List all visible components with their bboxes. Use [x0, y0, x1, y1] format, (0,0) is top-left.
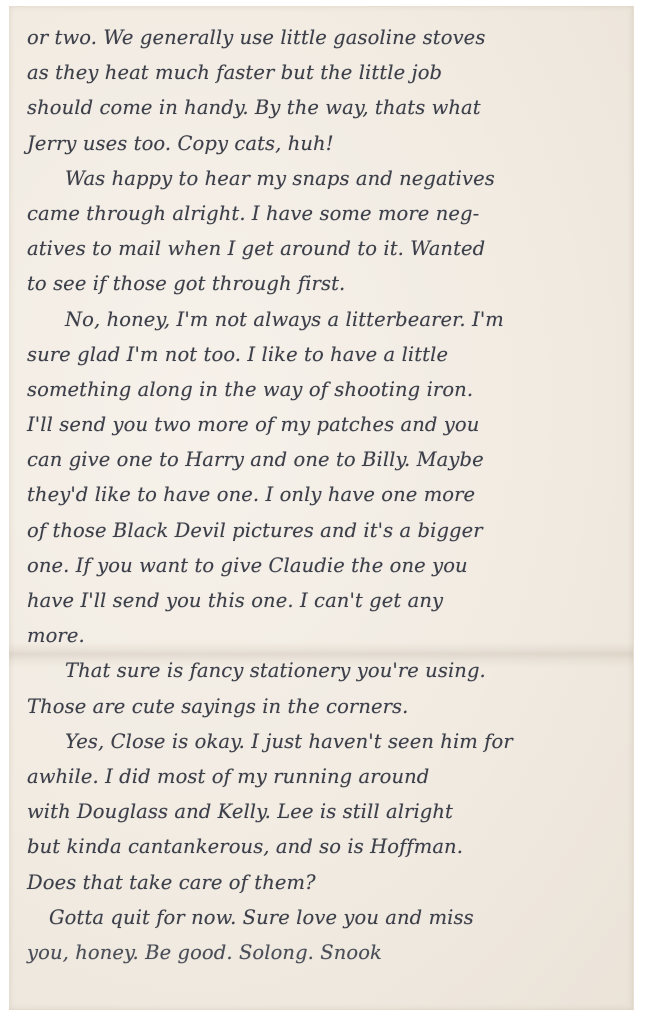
- text-line: came through alright. I have some more n…: [27, 196, 637, 231]
- text-line: as they heat much faster but the little …: [27, 55, 637, 90]
- text-line: but kinda cantankerous, and so is Hoffma…: [27, 829, 637, 864]
- text-line: sure glad I'm not too. I like to have a …: [27, 337, 637, 372]
- paragraph-start-line: That sure is fancy stationery you're usi…: [27, 653, 637, 688]
- text-line: to see if those got through first.: [27, 266, 637, 301]
- signoff-line: you, honey. Be good. Solong. Snook: [27, 935, 637, 970]
- paragraph-start-line: Was happy to hear my snaps and negatives: [27, 161, 637, 196]
- text-line: have I'll send you this one. I can't get…: [27, 583, 637, 618]
- text-line: more.: [27, 618, 637, 653]
- text-line: one. If you want to give Claudie the one…: [27, 548, 637, 583]
- text-line: Jerry uses too. Copy cats, huh!: [27, 126, 637, 161]
- paragraph-start-line: No, honey, I'm not always a litterbearer…: [27, 302, 637, 337]
- letter-page: or two. We generally use little gasoline…: [9, 6, 634, 1010]
- handwritten-text: or two. We generally use little gasoline…: [27, 20, 637, 970]
- text-line: can give one to Harry and one to Billy. …: [27, 442, 637, 477]
- text-line: they'd like to have one. I only have one…: [27, 477, 637, 512]
- text-line: or two. We generally use little gasoline…: [27, 20, 637, 55]
- text-line: awhile. I did most of my running around: [27, 759, 637, 794]
- paragraph-start-line: Gotta quit for now. Sure love you and mi…: [27, 900, 637, 935]
- text-line: atives to mail when I get around to it. …: [27, 231, 637, 266]
- text-line: Those are cute sayings in the corners.: [27, 689, 637, 724]
- text-line: I'll send you two more of my patches and…: [27, 407, 637, 442]
- text-line: with Douglass and Kelly. Lee is still al…: [27, 794, 637, 829]
- text-line: Does that take care of them?: [27, 865, 637, 900]
- text-line: should come in handy. By the way, thats …: [27, 90, 637, 125]
- text-line: something along in the way of shooting i…: [27, 372, 637, 407]
- text-line: of those Black Devil pictures and it's a…: [27, 513, 637, 548]
- paragraph-start-line: Yes, Close is okay. I just haven't seen …: [27, 724, 637, 759]
